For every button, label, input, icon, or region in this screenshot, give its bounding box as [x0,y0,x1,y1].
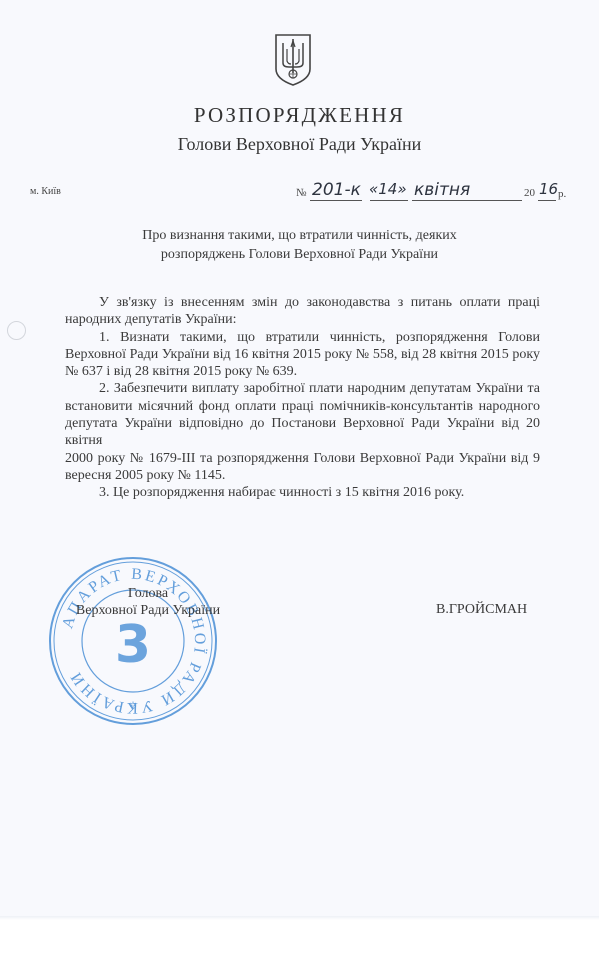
handwritten-day: «14» [369,180,407,198]
signatory-role-line: Верховної Ради України [63,602,233,619]
stamp-center-number: 3 [115,615,151,675]
item-1-line: Верховної Ради України від 16 квітня 201… [65,346,540,363]
item-1-line: 1. Визнати такими, що втратили чинність,… [65,329,540,346]
signatory-role-line: Голова [63,585,233,602]
item-2-line: 2. Забезпечити виплату заробітної плати … [65,380,540,397]
heading-line: розпоряджень Голови Верховної Ради Украї… [0,245,599,264]
official-stamp: АПАРАТ ВЕРХОВНОЇ РАДИ УКРАЇНИ 3 ✲ [47,555,219,727]
item-3-line: 3. Це розпорядження набирає чинності з 1… [65,484,540,501]
document-heading: Про визнання такими, що втратили чинніст… [0,226,599,264]
number-prefix: № [296,187,307,199]
heading-line: Про визнання такими, що втратили чинніст… [0,226,599,245]
item-2-line: встановити місячний фонд оплати праці по… [65,398,540,415]
signatory-name: В.ГРОЙСМАН [436,602,527,618]
city-label: м. Київ [30,186,61,197]
item-2-line: 2000 року № 1679-ІІІ та розпорядження Го… [65,450,540,467]
signatory-role: Голова Верховної Ради України [63,585,233,619]
trident-coat-of-arms-icon [274,33,312,87]
day-underline [370,200,408,201]
document-body: У зв'язку із внесенням змін до законодав… [65,294,540,502]
number-underline [310,200,362,201]
document-title: РОЗПОРЯДЖЕННЯ [0,103,599,128]
item-1-line: № 637 і від 28 квітня 2015 року № 639. [65,363,540,380]
handwritten-year: 16 [539,180,558,198]
punch-hole-mark [7,321,26,340]
svg-text:✲: ✲ [129,700,137,710]
year-underline [538,200,556,201]
registration-line: № 201-к «14» квітня 20 16 р. [296,180,576,204]
year-printed: 20 [524,187,535,199]
handwritten-month: квітня [414,180,470,200]
preamble-line: народних депутатів України: [65,311,540,328]
preamble-line: У зв'язку із внесенням змін до законодав… [65,294,540,311]
item-2-line: вересня 2005 року № 1145. [65,467,540,484]
month-underline [412,200,522,201]
year-suffix: р. [558,188,566,200]
document-subtitle: Голови Верховної Ради України [0,134,599,155]
handwritten-number: 201-к [312,180,361,200]
item-2-line: депутата України відповідно до Постанови… [65,415,540,450]
page-edge [0,916,599,920]
